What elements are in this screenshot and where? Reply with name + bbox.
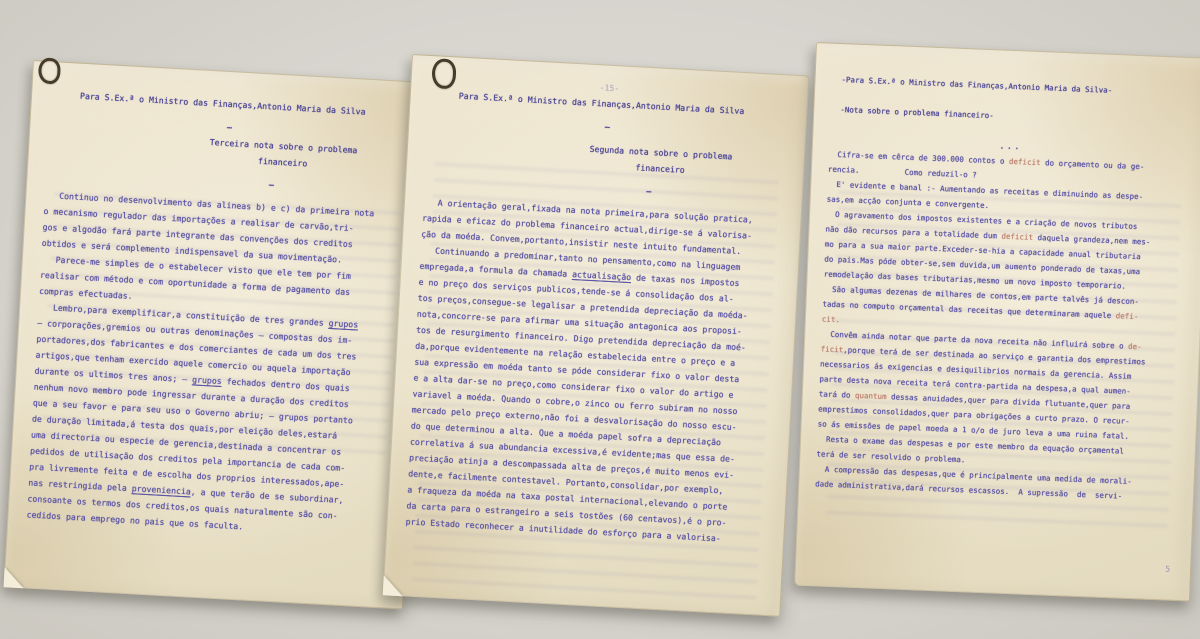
- faded-ink-term: de-: [1128, 342, 1142, 352]
- faded-ink-term: deficit: [1009, 157, 1041, 167]
- typewritten-text-block: -Para S.Ex.ª o Ministro das Finanças,Ant…: [815, 72, 1196, 506]
- fastener-hole-icon: [38, 57, 61, 84]
- underlined-term: actualisação: [572, 269, 632, 282]
- document-page-nota: 5 -Para S.Ex.ª o Ministro das Finanças,A…: [794, 42, 1200, 601]
- typewritten-text-block: -15-Para S.Ex.ª o Ministro das Finanças,…: [405, 70, 789, 549]
- faded-ink-term: defi-: [1116, 311, 1139, 321]
- faded-ink-term: quantum: [855, 391, 887, 401]
- faded-ink-term: cit.: [822, 314, 840, 324]
- typewritten-text-block: Para S.Ex.ª o Ministro das Finanças,Anto…: [26, 86, 412, 543]
- document-page-terceira-nota: Para S.Ex.ª o Ministro das Finanças,Anto…: [4, 60, 433, 610]
- corner-page-mark: 5: [1165, 564, 1170, 573]
- underlined-term: proveniencia: [131, 483, 191, 496]
- faded-ink-term: deficit: [1001, 232, 1033, 242]
- folded-corner: [383, 575, 404, 596]
- document-page-segunda-nota: -15-Para S.Ex.ª o Ministro das Finanças,…: [383, 54, 810, 617]
- underlined-term: grupos: [328, 318, 358, 330]
- faded-ink-term: ficit: [821, 344, 844, 354]
- folded-corner: [4, 567, 25, 588]
- photo-background: Para S.Ex.ª o Ministro das Finanças,Anto…: [0, 0, 1200, 639]
- underlined-term: grupos: [192, 374, 222, 386]
